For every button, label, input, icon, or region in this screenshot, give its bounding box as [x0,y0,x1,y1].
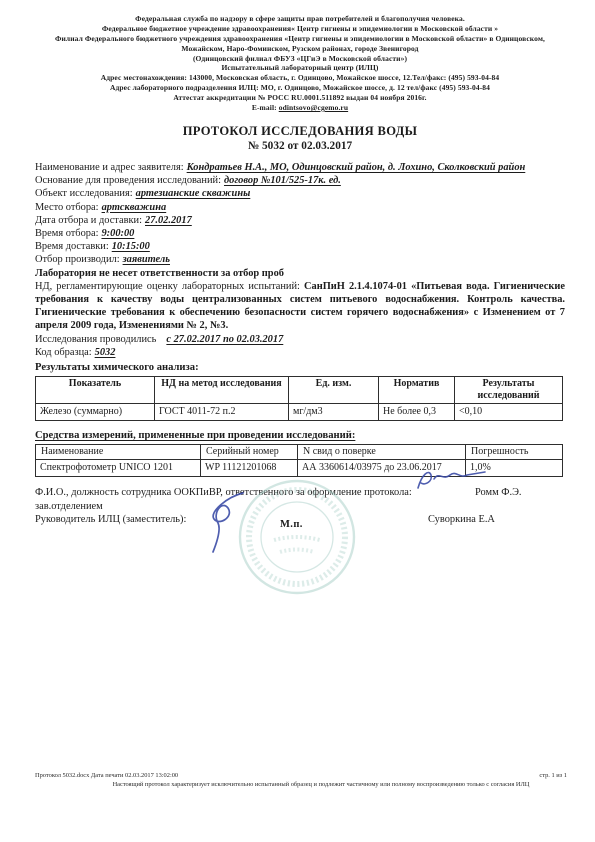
results-col-unit: Ед. изм. [289,377,379,404]
field-delivery-time: Время доставки:10:15:00 [35,240,565,253]
field-value: с 27.02.2017 по 02.03.2017 [166,334,283,345]
email-label: E-mail: [252,103,277,112]
page-footer: Протокол 5032.docx Дата печати 02.03.201… [35,772,567,789]
org-line-lab-center: Испытательный лабораторный центр (ИЛЦ) [35,63,565,73]
instruments-header-row: Наименование Серийный номер N свид о пов… [36,445,563,460]
results-cell-standard: Не более 0,3 [379,404,455,421]
field-label: Время отбора: [35,228,98,239]
field-label: Наименование и адрес заявителя: [35,162,184,173]
field-applicant: Наименование и адрес заявителя:Кондратье… [35,161,565,174]
field-label: Основание для проведения исследований: [35,175,221,186]
org-line-address-1: Адрес местонахождения: 143000, Московска… [35,73,565,83]
field-basis: Основание для проведения исследований:до… [35,174,565,187]
title-main: ПРОТОКОЛ ИССЛЕДОВАНИЯ ВОДЫ [35,124,565,139]
footer-file-info: Протокол 5032.docx Дата печати 02.03.201… [35,772,178,781]
email-link[interactable]: odintsovo@cgemo.ru [279,103,348,112]
regulatory-documents-paragraph: НД, регламентирующие оценку лабораторных… [35,280,565,333]
results-cell-indicator: Железо (суммарно) [36,404,155,421]
document-title: ПРОТОКОЛ ИССЛЕДОВАНИЯ ВОДЫ № 5032 от 02.… [35,124,565,152]
field-label: Время доставки: [35,241,109,252]
head-label: Руководитель ИЛЦ (заместитель): [35,514,186,525]
footer-disclaimer: Настоящий протокол характеризует исключи… [35,781,567,790]
head-name: Суворкина Е.А [428,513,495,527]
instruments-section-title: Средства измерений, примененные при пров… [35,430,565,441]
field-object: Объект исследования:артезианские скважин… [35,187,565,200]
org-line-accreditation: Аттестат аккредитации № РОСС RU.0001.511… [35,93,565,103]
field-research-period: Исследования проводилисьс 27.02.2017 по … [35,333,565,346]
field-value: Кондратьев Н.А., МО, Одинцовский район, … [187,162,526,173]
results-section-title: Результаты химического анализа: [35,361,565,374]
results-col-method: НД на метод исследования [155,377,289,404]
head-handwritten-signature [203,488,255,556]
field-label: Дата отбора и доставки: [35,215,142,226]
footer-page-number: стр. 1 из 1 [539,772,567,781]
field-sampling-time: Время отбора:9:00:00 [35,227,565,240]
field-sampling-place: Место отбора:артскважина [35,201,565,214]
title-number-date: № 5032 от 02.03.2017 [35,140,565,152]
results-cell-unit: мг/дм3 [289,404,379,421]
instruments-col-error: Погрешность [466,445,563,460]
field-label: Код образца: [35,347,92,358]
instruments-col-name: Наименование [36,445,201,460]
nd-intro: НД, регламентирующие оценку лабораторных… [35,281,300,292]
results-cell-method: ГОСТ 4011-72 п.2 [155,404,289,421]
document-content: Федеральная служба по надзору в сфере за… [0,0,595,527]
field-label: Отбор производил: [35,254,120,265]
field-label: Исследования проводились [35,334,156,345]
field-sample-code: Код образца:5032 [35,346,565,359]
field-sampling-date: Дата отбора и доставки:27.02.2017 [35,214,565,227]
instruments-col-verification: N свид о поверке [298,445,466,460]
officer-handwritten-signature [412,466,490,494]
org-line-branch-1: Филиал Федерального бюджетного учреждени… [35,34,565,44]
field-label: Место отбора: [35,202,99,213]
results-col-indicator: Показатель [36,377,155,404]
field-value: артскважина [102,202,167,213]
org-line-federal-service: Федеральная служба по надзору в сфере за… [35,14,565,24]
org-line-email: E-mail: odintsovo@cgemo.ru [35,103,565,113]
protocol-fields: Наименование и адрес заявителя:Кондратье… [35,161,565,375]
footer-row-1: Протокол 5032.docx Дата печати 02.03.201… [35,772,567,781]
field-value: 9:00:00 [101,228,134,239]
results-row-iron: Железо (суммарно) ГОСТ 4011-72 п.2 мг/дм… [36,404,563,421]
results-cell-result: <0,10 [455,404,563,421]
field-value: 5032 [95,347,116,358]
results-table: Показатель НД на метод исследования Ед. … [35,376,563,421]
instruments-cell-serial: WP 11121201068 [201,460,298,477]
field-value: 27.02.2017 [145,215,192,226]
document-page: Федеральная служба по надзору в сфере за… [0,0,595,842]
org-line-address-2: Адрес лабораторного подразделения ИЛЦ: М… [35,83,565,93]
results-col-standard: Норматив [379,377,455,404]
org-line-institution: Федеральное бюджетное учреждение здравоо… [35,24,565,34]
field-value: договор №101/525-17к. ед. [224,175,341,186]
results-col-result: Результаты исследований [455,377,563,404]
org-line-branch-2: Можайском, Наро-Фоминском, Рузском район… [35,44,565,54]
results-header-row: Показатель НД на метод исследования Ед. … [36,377,563,404]
instruments-cell-name: Спектрофотометр UNICO 1201 [36,460,201,477]
stamp-place-label: М.п. [280,519,303,530]
org-header: Федеральная служба по надзору в сфере за… [35,14,565,113]
org-line-branch-short: (Одинцовский филиал ФБУЗ «ЦГиЭ в Московс… [35,54,565,64]
field-label: Объект исследования: [35,188,133,199]
field-value: артезианские скважины [136,188,251,199]
no-responsibility-note: Лаборатория не несет ответственности за … [35,267,565,280]
instruments-col-serial: Серийный номер [201,445,298,460]
field-value: заявитель [123,254,170,265]
field-sampled-by: Отбор производил:заявитель [35,253,565,266]
field-value: 10:15:00 [112,241,150,252]
